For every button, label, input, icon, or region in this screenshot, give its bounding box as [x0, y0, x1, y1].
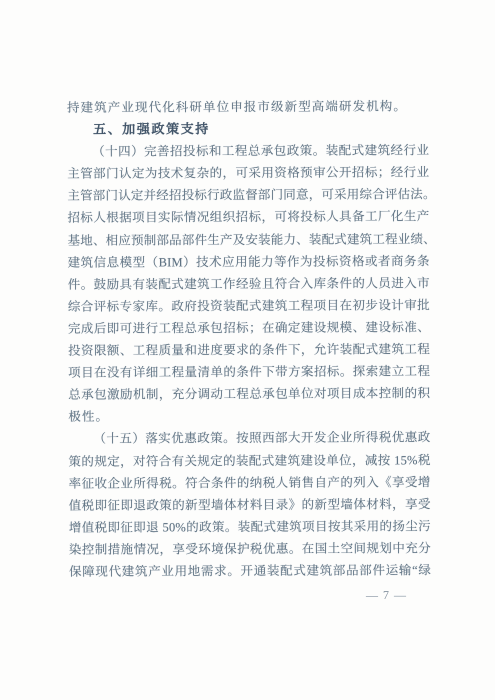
paragraph-15: （十五）落实优惠政策。按照西部大开发企业所得税优惠政策的规定，对符合有关规定的装… — [68, 427, 431, 583]
document-page: 持建筑产业现代化科研单位申报市级新型高端研发机构。 五、加强政策支持 （十四）完… — [0, 0, 495, 700]
body-text-line: 招标人根据项目实际情况组织招标，可将投标人具备工厂化生产 — [67, 206, 429, 230]
body-text-line: 建筑信息模型（BIM）技术应用能力等作为投标资格或者商务条 — [68, 250, 430, 274]
body-text-line: 投资限额、工程质量和进度要求的条件下，允许装配式建筑工程 — [68, 338, 430, 362]
body-text-line: 综合评标专家库。政府投资装配式建筑工程项目在初步设计审批 — [68, 294, 430, 318]
body-text-line: 持建筑产业现代化科研单位申报市级新型高端研发机构。 — [67, 95, 429, 119]
body-text-line: 增值税即征即退 50%的政策。装配式建筑项目按其采用的扬尘污 — [69, 515, 431, 539]
body-text-line: 保障现代建筑产业用地需求。开通装配式建筑部品部件运输“绿 — [69, 559, 431, 583]
body-text-line: 件。鼓励具有装配式建筑工作经验且符合入库条件的人员进入市 — [68, 272, 430, 296]
page-content: 持建筑产业现代化科研单位申报市级新型高端研发机构。 五、加强政策支持 （十四）完… — [67, 95, 431, 583]
body-text-line: 主管部门认定为技术复杂的，可采用资格预审公开招标；经行业 — [67, 161, 429, 185]
paragraph-14: （十四）完善招投标和工程总承包政策。装配式建筑经行业主管部门认定为技术复杂的，可… — [67, 139, 430, 428]
body-text-line: 率征收企业所得税。符合条件的纳税人销售自产的列入《享受增 — [69, 471, 431, 495]
body-text-line: （十五）落实优惠政策。按照西部大开发企业所得税优惠政 — [68, 427, 430, 451]
body-text-line: 极性。 — [68, 405, 430, 429]
body-text-line: 染控制措施情况，享受环境保护税优惠。在国土空间规划中充分 — [69, 537, 431, 561]
body-text-line: 主管部门认定并经招投标行政监督部门同意，可采用综合评估法。 — [67, 184, 429, 208]
body-text-line: 项目在没有详细工程量清单的条件下带方案招标。探索建立工程 — [68, 360, 430, 384]
body-text-line: 完成后即可进行工程总承包招标；在确定建设规模、建设标准、 — [68, 316, 430, 340]
page-number: — 7 — — [366, 588, 407, 603]
body-text-line: 策的规定，对符合有关规定的装配式建筑建设单位，减按 15%税 — [68, 449, 430, 473]
body-text-line: 总承包激励机制，充分调动工程总承包单位对项目成本控制的积 — [68, 382, 430, 406]
body-text-line: 基地、相应预制部品部件生产及安装能力、装配式建筑工程业绩、 — [68, 228, 430, 252]
body-text-line: 值税即征即退政策的新型墙体材料目录》的新型墙体材料，享受 — [69, 493, 431, 517]
section-heading: 五、加强政策支持 — [67, 117, 429, 141]
body-text-line: （十四）完善招投标和工程总承包政策。装配式建筑经行业 — [67, 139, 429, 163]
